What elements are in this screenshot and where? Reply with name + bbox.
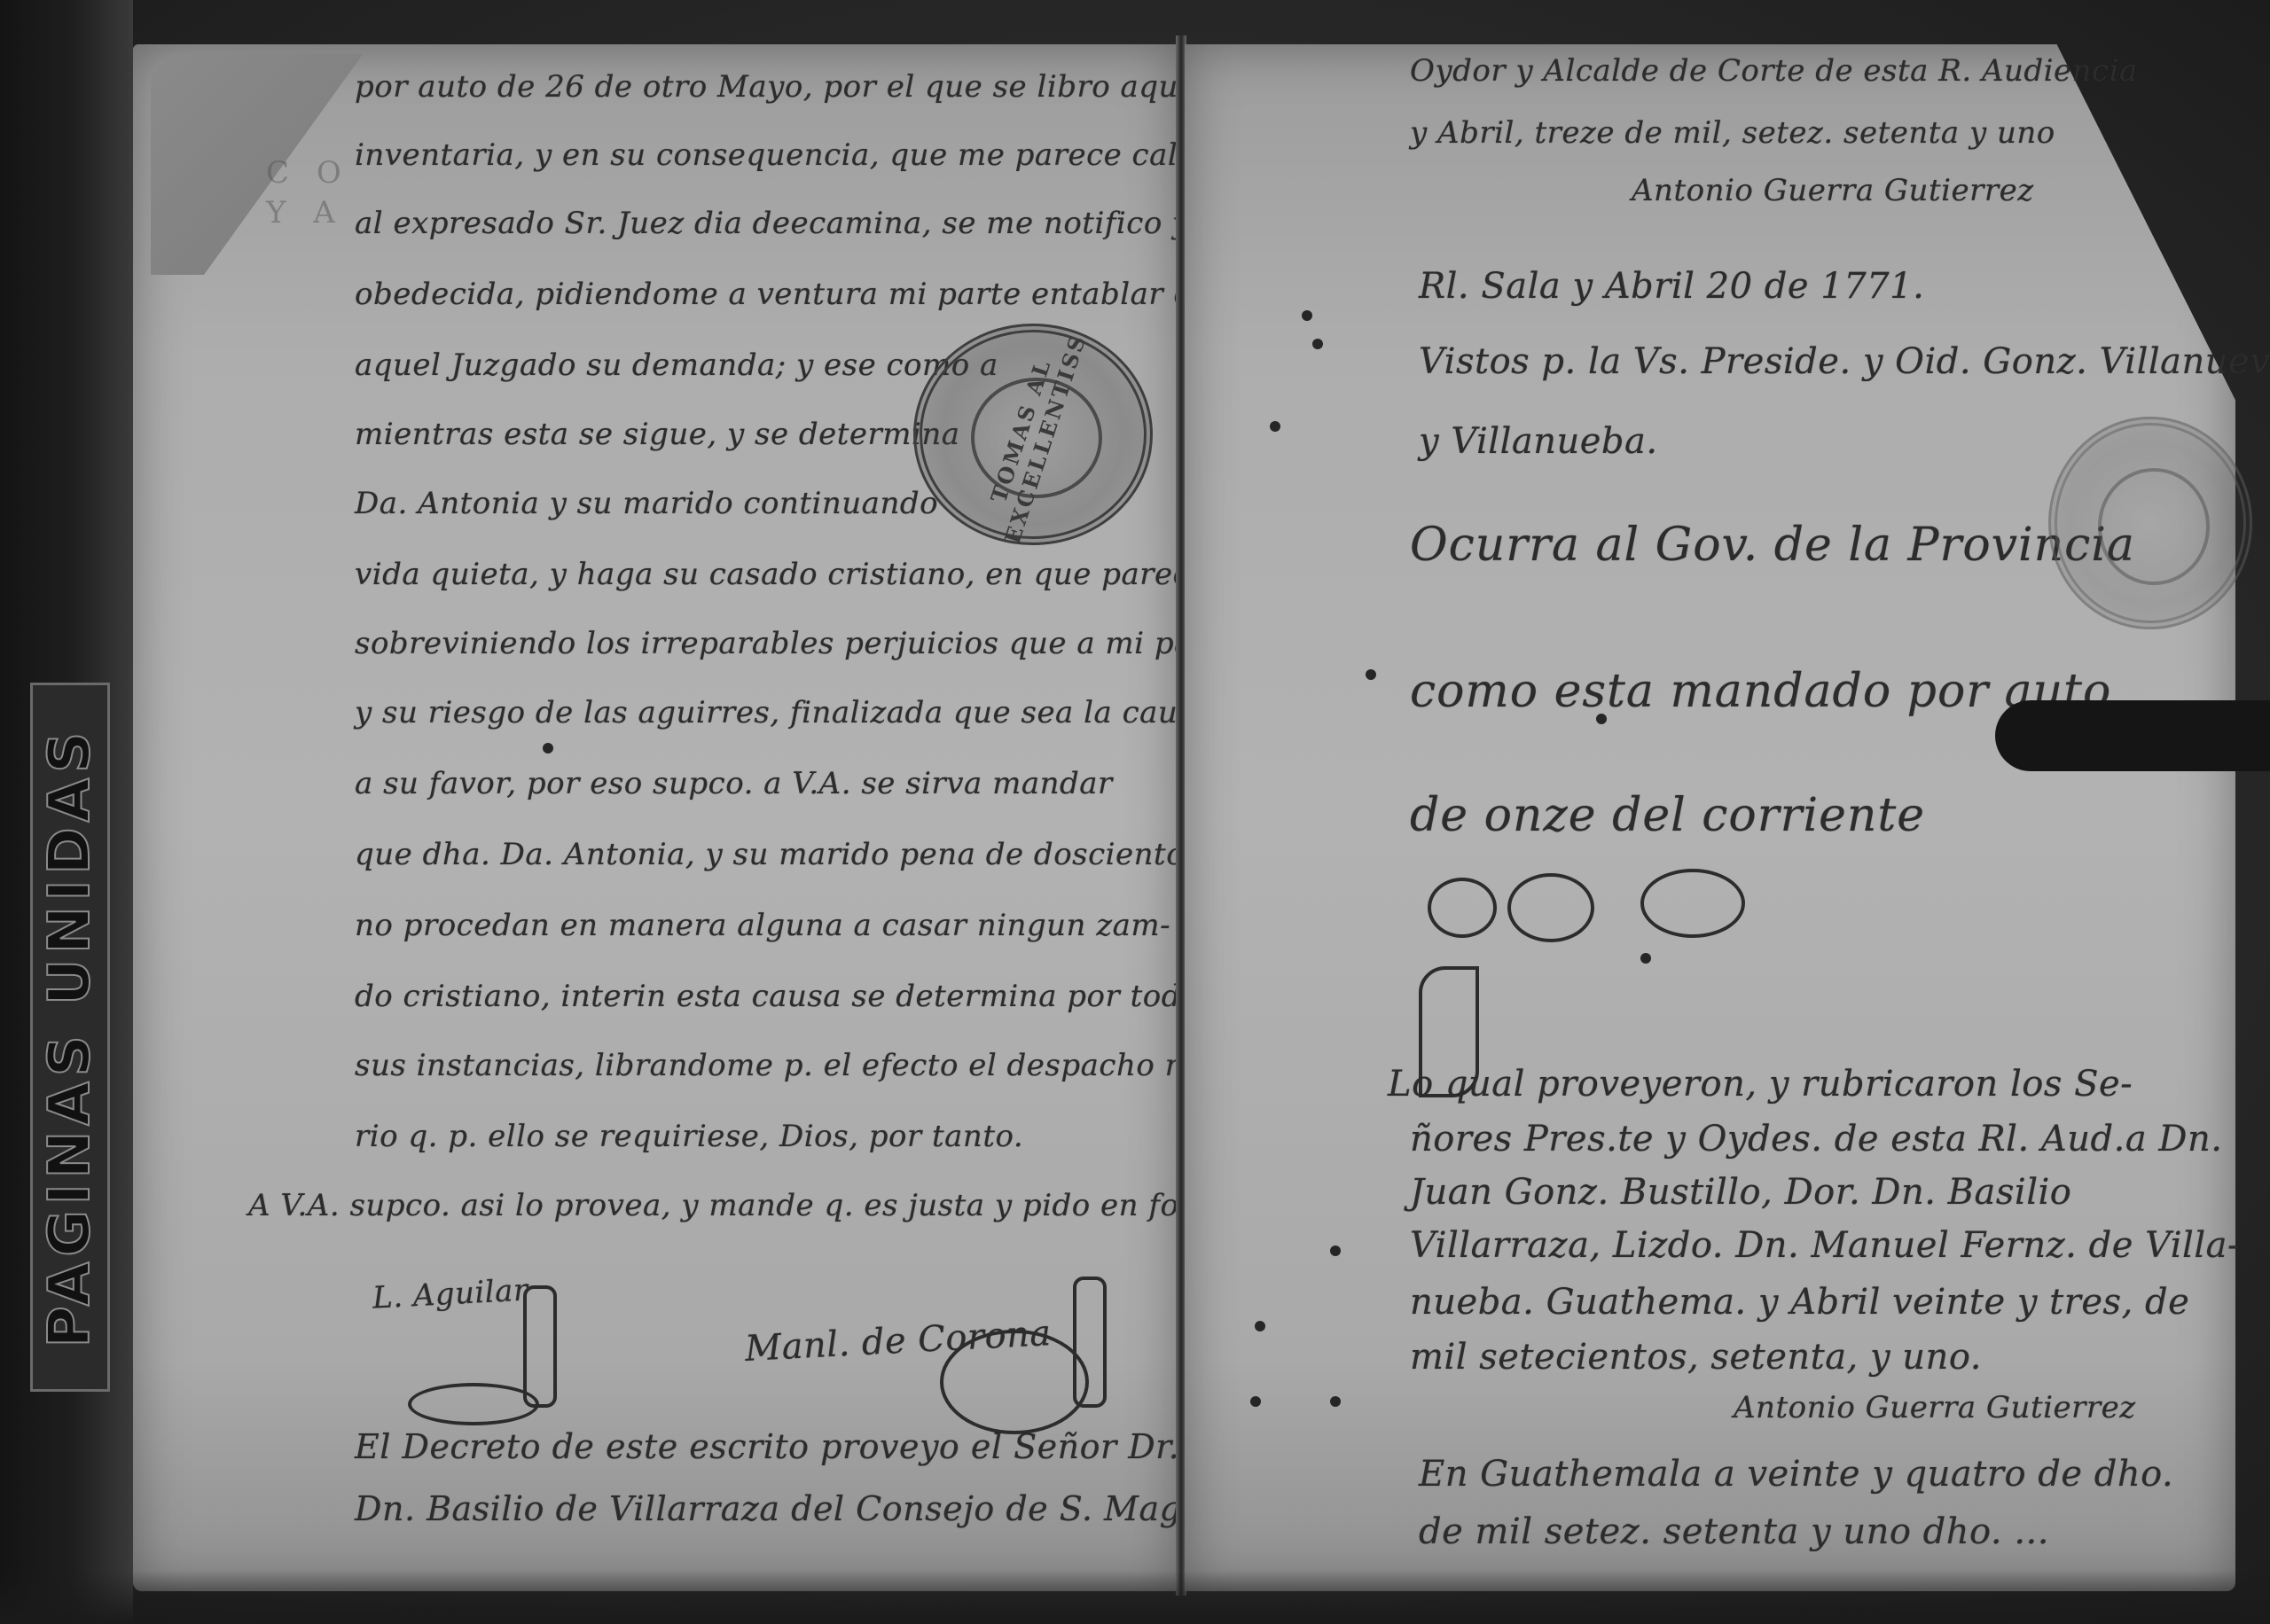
closing-signature: Antonio Guerra Gutierrez xyxy=(1734,1390,2136,1425)
ink-dot xyxy=(1250,1396,1261,1407)
header-line-2: Vistos p. la Vs. Preside. y Oid. Gonz. V… xyxy=(1419,341,2270,382)
rubric-flourish-right xyxy=(1073,1277,1107,1408)
rubric-loop-right xyxy=(940,1330,1089,1434)
manuscript-scan: PAGINAS UNIDAS C O Y A por auto de 26 de… xyxy=(0,0,2270,1624)
closing-line-4: Villarraza, Lizdo. Dn. Manuel Fernz. de … xyxy=(1410,1225,2240,1266)
rubric-mark-1 xyxy=(1428,878,1497,938)
rubric-mark-3 xyxy=(1640,869,1745,938)
left-line-11: a su favor, por eso supco. a V.A. se sir… xyxy=(355,766,1113,801)
left-line-6: mientras esta se sigue, y se determina xyxy=(355,417,960,452)
ink-dot xyxy=(1366,669,1376,680)
left-line-1: por auto de 26 de otro Mayo, por el que … xyxy=(355,69,1235,105)
final-line-1: En Guathemala a veinte y quatro de dho. xyxy=(1419,1454,2173,1495)
decree-line-1: El Decreto de este escrito proveyo el Se… xyxy=(355,1427,1179,1466)
official-seal-left: TOMAS AL EXCELLENTISS xyxy=(913,324,1153,545)
closing-line-2: ñores Pres.te y Oydes. de esta Rl. Aud.a… xyxy=(1410,1119,2222,1159)
left-line-8: vida quieta, y haga su casado cristiano,… xyxy=(355,557,1209,592)
left-line-15: sus instancias, librandome p. el efecto … xyxy=(355,1048,1282,1083)
left-line-2: inventaria, y en su consequencia, que me… xyxy=(355,137,1275,173)
closing-line-6: mil setecientos, setenta, y uno. xyxy=(1410,1337,1982,1378)
seal-inner-ring xyxy=(2098,468,2210,584)
ink-dot xyxy=(1270,421,1280,432)
left-line-9: sobreviniendo los irreparables perjuicio… xyxy=(355,626,1272,661)
left-line-5: aquel Juzgado su demanda; y ese como a xyxy=(355,347,998,383)
spine-label: PAGINAS UNIDAS xyxy=(30,683,110,1392)
header-line-3: y Villanueba. xyxy=(1419,421,1658,462)
ink-dot xyxy=(1312,339,1323,349)
decree-line-2: Dn. Basilio de Villarraza del Consejo de… xyxy=(355,1489,1193,1528)
right-top-signature: Antonio Guerra Gutierrez xyxy=(1632,173,2034,208)
official-seal-right xyxy=(2048,417,2252,629)
rubric-mark-2 xyxy=(1507,873,1594,942)
left-line-16: rio q. p. ello se requiriese, Dios, por … xyxy=(355,1119,1023,1154)
left-line-13: no procedan en manera alguna a casar nin… xyxy=(355,908,1170,943)
ink-dot xyxy=(1596,714,1607,724)
right-top-line-2: y Abril, treze de mil, setez. setenta y … xyxy=(1410,115,2055,151)
left-line-7: Da. Antonia y su marido continuando xyxy=(355,486,938,521)
rubric-flourish-left xyxy=(523,1285,557,1408)
ink-dot xyxy=(543,743,553,753)
order-line-1: Ocurra al Gov. de la Provincia xyxy=(1410,519,2135,572)
order-line-3: de onze del corriente xyxy=(1410,789,1925,842)
rubric-loop-left xyxy=(408,1383,539,1425)
final-line-2: de mil setez. setenta y uno dho. ... xyxy=(1419,1511,2049,1552)
spine-label-text: PAGINAS UNIDAS xyxy=(37,727,103,1347)
left-line-3: al expresado Sr. Juez dia deecamina, se … xyxy=(355,206,1288,241)
ink-dot xyxy=(1330,1245,1341,1256)
left-line-10: y su riesgo de las aguirres, finalizada … xyxy=(355,695,1212,730)
left-line-12: que dha. Da. Antonia, y su marido pena d… xyxy=(355,837,1241,872)
left-line-14: do cristiano, interin esta causa se dete… xyxy=(355,979,1216,1014)
ink-dot xyxy=(1330,1396,1341,1407)
book-spine: PAGINAS UNIDAS xyxy=(0,0,133,1624)
ink-dot xyxy=(1640,953,1651,964)
ink-dot xyxy=(1255,1321,1265,1331)
ink-dot xyxy=(1302,310,1312,321)
bottom-shadow xyxy=(0,1571,2270,1624)
closing-line-5: nueba. Guathema. y Abril veinte y tres, … xyxy=(1410,1282,2189,1323)
left-line-4: obedecida, pidiendome a ventura mi parte… xyxy=(355,277,1211,312)
faded-print-line-2: Y A xyxy=(266,195,344,230)
closing-line-1: Lo qual proveyeron, y rubricaron los Se- xyxy=(1388,1064,2133,1105)
closing-line-3: Juan Gonz. Bustillo, Dor. Dn. Basilio xyxy=(1410,1172,2071,1213)
finger-shadow xyxy=(1995,700,2270,771)
header-line-1: Rl. Sala y Abril 20 de 1771. xyxy=(1419,266,1924,307)
faded-print-line-1: C O xyxy=(266,155,350,191)
petition-line: A V.A. supco. asi lo provea, y mande q. … xyxy=(248,1188,1306,1223)
right-top-line-1: Oydor y Alcalde de Corte de esta R. Audi… xyxy=(1410,53,2138,89)
